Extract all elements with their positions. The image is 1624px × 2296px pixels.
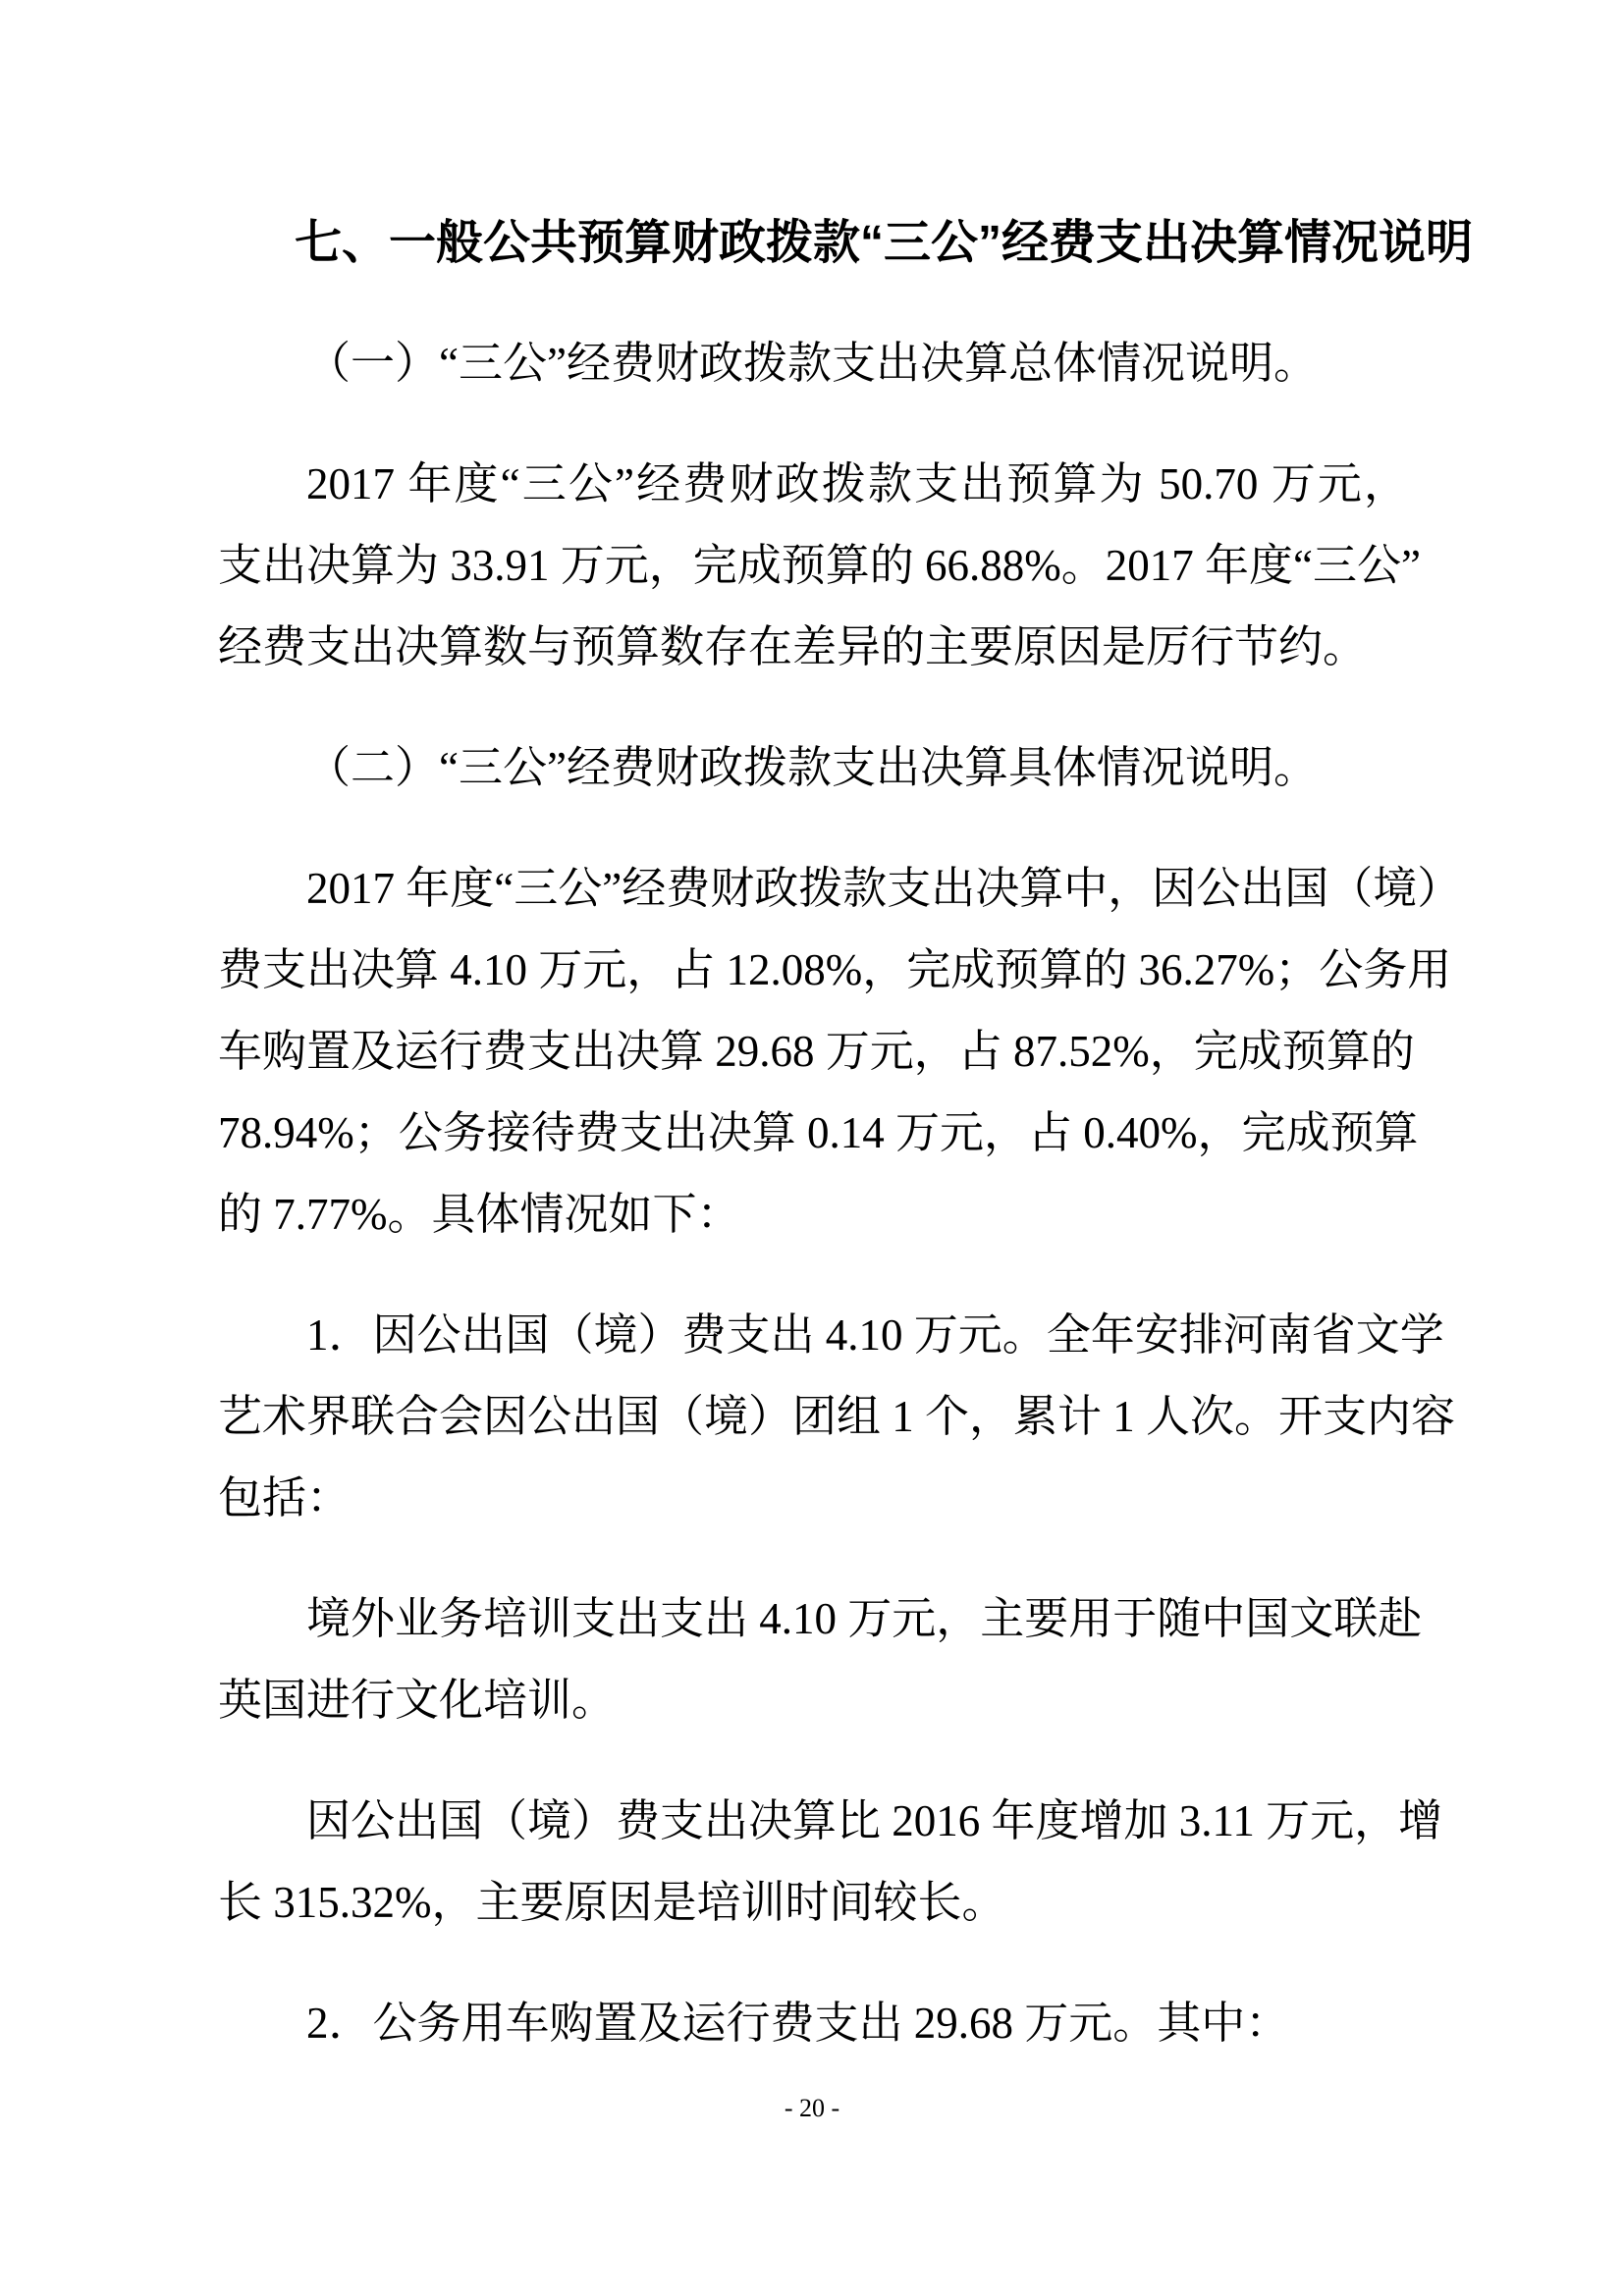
document-body: 七、一般公共预算财政拨款“三公”经费支出决算情况说明 （一）“三公”经费财政拨款… bbox=[218, 202, 1408, 2064]
text-line: 经费支出决算数与预算数存在差异的主要原因是厉行节约。 bbox=[218, 607, 1408, 688]
text-line: 1．因公出国（境）费支出 4.10 万元。全年安排河南省文学 bbox=[218, 1295, 1408, 1376]
text-line: 英国进行文化培训。 bbox=[218, 1660, 1408, 1741]
paragraph-breakdown: 2017 年度“三公”经费财政拨款支出决算中，因公出国（境） 费支出决算 4.1… bbox=[218, 848, 1408, 1255]
section-heading-2: （二）“三公”经费财政拨款支出决算具体情况说明。 bbox=[218, 727, 1408, 809]
text-line: 2017 年度“三公”经费财政拨款支出决算中，因公出国（境） bbox=[218, 848, 1408, 930]
text-line: 包括： bbox=[218, 1458, 1408, 1539]
text-line: 因公出国（境）费支出决算比 2016 年度增加 3.11 万元，增 bbox=[218, 1781, 1408, 1862]
paragraph-vehicle-item: 2．公务用车购置及运行费支出 29.68 万元。其中： bbox=[218, 1983, 1408, 2064]
document-title: 七、一般公共预算财政拨款“三公”经费支出决算情况说明 bbox=[218, 202, 1408, 284]
text-line: 2．公务用车购置及运行费支出 29.68 万元。其中： bbox=[218, 1983, 1408, 2064]
text-line: 费支出决算 4.10 万元，占 12.08%，完成预算的 36.27%；公务用 bbox=[218, 930, 1408, 1011]
paragraph-yoy-change: 因公出国（境）费支出决算比 2016 年度增加 3.11 万元，增 长 315.… bbox=[218, 1781, 1408, 1944]
document-page: 七、一般公共预算财政拨款“三公”经费支出决算情况说明 （一）“三公”经费财政拨款… bbox=[0, 0, 1624, 2296]
section-heading-1: （一）“三公”经费财政拨款支出决算总体情况说明。 bbox=[218, 323, 1408, 404]
text-line: 艺术界联合会因公出国（境）团组 1 个，累计 1 人次。开支内容 bbox=[218, 1376, 1408, 1458]
paragraph-training: 境外业务培训支出支出 4.10 万元，主要用于随中国文联赴 英国进行文化培训。 bbox=[218, 1578, 1408, 1741]
paragraph-overall: 2017 年度“三公”经费财政拨款支出预算为 50.70 万元， 支出决算为 3… bbox=[218, 444, 1408, 688]
text-line: 长 315.32%，主要原因是培训时间较长。 bbox=[218, 1862, 1408, 1944]
text-line: 支出决算为 33.91 万元，完成预算的 66.88%。2017 年度“三公” bbox=[218, 525, 1408, 607]
text-line: 2017 年度“三公”经费财政拨款支出预算为 50.70 万元， bbox=[218, 444, 1408, 525]
text-line: 的 7.77%。具体情况如下： bbox=[218, 1174, 1408, 1255]
text-line: 78.94%；公务接待费支出决算 0.14 万元，占 0.40%，完成预算 bbox=[218, 1093, 1408, 1174]
text-line: 车购置及运行费支出决算 29.68 万元，占 87.52%，完成预算的 bbox=[218, 1011, 1408, 1093]
paragraph-abroad-item: 1．因公出国（境）费支出 4.10 万元。全年安排河南省文学 艺术界联合会因公出… bbox=[218, 1295, 1408, 1539]
text-line: 境外业务培训支出支出 4.10 万元，主要用于随中国文联赴 bbox=[218, 1578, 1408, 1660]
page-number: - 20 - bbox=[0, 2091, 1624, 2126]
